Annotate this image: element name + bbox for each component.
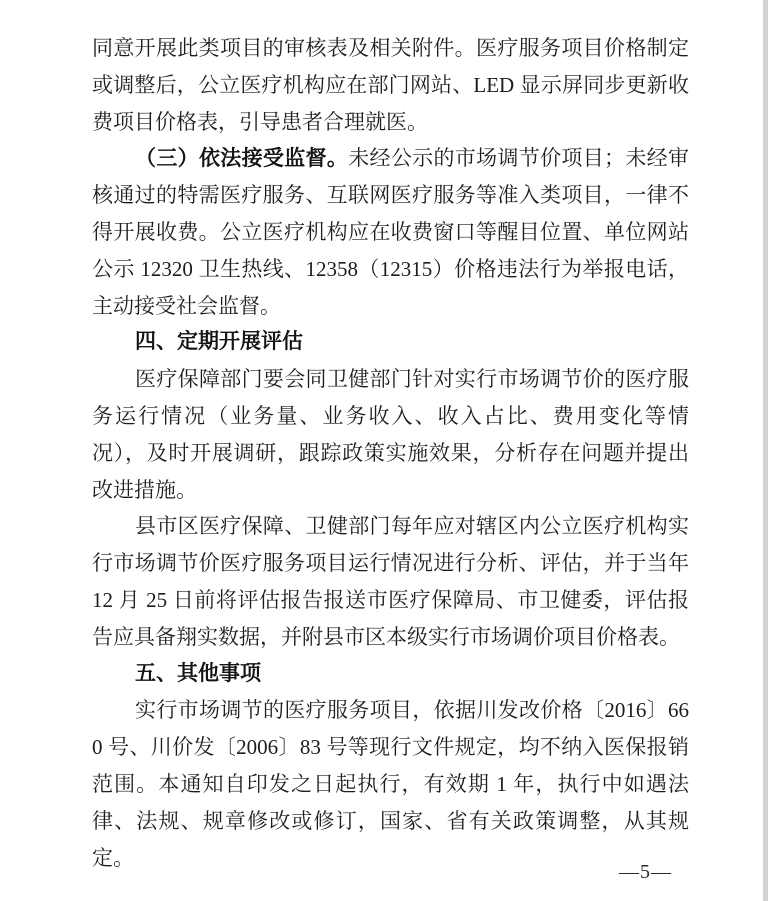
section-heading: 四、定期开展评估 <box>92 324 689 361</box>
paragraph: 实行市场调节的医疗服务项目，依据川发改价格〔2016〕660 号、川价发〔200… <box>92 692 689 876</box>
page-edge-strip <box>763 0 768 901</box>
document-body: 同意开展此类项目的审核表及相关附件。医疗服务项目价格制定或调整后，公立医疗机构应… <box>92 30 689 876</box>
document-page: 同意开展此类项目的审核表及相关附件。医疗服务项目价格制定或调整后，公立医疗机构应… <box>0 0 768 901</box>
page-number: —5— <box>619 858 672 886</box>
paragraph: 县市区医疗保障、卫健部门每年应对辖区内公立医疗机构实行市场调节价医疗服务项目运行… <box>92 508 689 655</box>
paragraph: 医疗保障部门要会同卫健部门针对实行市场调节价的医疗服务运行情况（业务量、业务收入… <box>92 361 689 508</box>
paragraph: 同意开展此类项目的审核表及相关附件。医疗服务项目价格制定或调整后，公立医疗机构应… <box>92 30 689 140</box>
paragraph: （三）依法接受监督。未经公示的市场调节价项目；未经审核通过的特需医疗服务、互联网… <box>92 140 689 324</box>
paragraph-lead: （三）依法接受监督。 <box>135 146 348 170</box>
section-heading: 五、其他事项 <box>92 656 689 693</box>
